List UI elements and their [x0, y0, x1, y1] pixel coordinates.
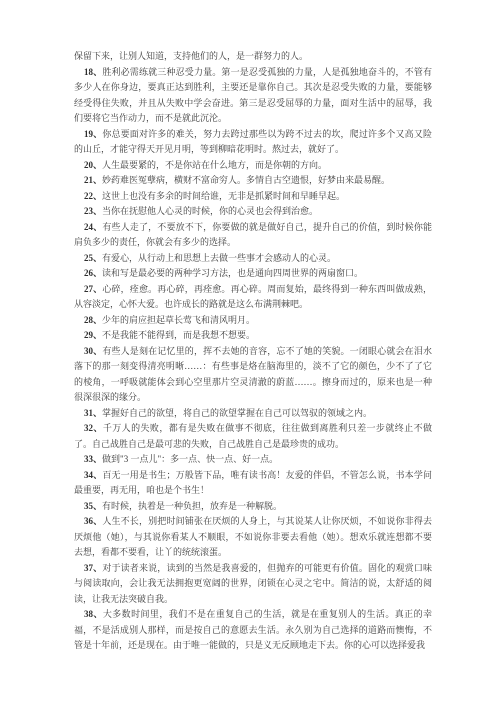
quote-number: 30、	[84, 346, 102, 356]
quote-paragraph: 29、不是我能不能得到，而是我想不想要。	[74, 328, 432, 344]
quote-paragraph: 21、妙药难医冤孽病，横财不富命穷人。多情自古空遗恨，好梦由来最易醒。	[74, 173, 432, 189]
quote-text: 当你在抚慰他人心灵的时候，你的心灵也会得到治愈。	[102, 206, 318, 216]
quote-paragraph: 34、百无一用是书生；万般皆下品，唯有读书高！友爱的伴侣，不管怎么说，书本学问最…	[74, 468, 432, 499]
quote-number: 18、	[84, 67, 102, 77]
quote-number: 20、	[84, 160, 102, 170]
quote-number: 33、	[84, 454, 102, 464]
quote-number: 28、	[84, 315, 102, 325]
quote-text: 保留下来，让别人知道，支持他们的人，是一群努力的人。	[74, 51, 308, 61]
quote-text: 心碎，痊愈。再心碎，再痊愈。再心碎。周而复始，最终得到一种东西叫做成熟，从容淡定…	[74, 284, 432, 310]
quote-number: 35、	[84, 501, 102, 511]
quote-number: 29、	[84, 330, 102, 340]
quote-list: 保留下来，让别人知道，支持他们的人，是一群努力的人。18、胜利必需练就三种忍受力…	[74, 49, 432, 654]
quote-text: 不是我能不能得到，而是我想不想要。	[102, 330, 255, 340]
quote-number: 24、	[84, 222, 102, 232]
quote-paragraph: 25、有爱心，从行动上和思想上去做一些事才会感动人的心灵。	[74, 251, 432, 267]
quote-paragraph: 22、这世上也没有多余的时间给谁，无非是抓紧时间和早睡早起。	[74, 189, 432, 205]
quote-paragraph: 26、读和写是最必要的两种学习方法，也是通向四周世界的两扇窗口。	[74, 266, 432, 282]
quote-paragraph: 33、做到"3 一点儿"：多一点、快一点、好一点。	[74, 452, 432, 468]
quote-number: 21、	[84, 175, 102, 185]
quote-text: 有时候，执着是一种负担，放弃是一种解脱。	[102, 501, 282, 511]
quote-text: 掌握好自己的欲望，将自己的欲望掌握在自己可以驾驭的领域之内。	[102, 408, 372, 418]
quote-paragraph: 37、对于读者来说，读到的当然是我喜爱的，但抛弃的可能更有价值。固化的观赏口味与…	[74, 561, 432, 608]
quote-text: 这世上也没有多余的时间给谁，无非是抓紧时间和早睡早起。	[102, 191, 345, 201]
quote-paragraph: 19、你总要面对许多的难关，努力去跨过那些以为跨不过去的坎，爬过许多个又高又险的…	[74, 127, 432, 158]
quote-number: 25、	[84, 253, 102, 263]
quote-paragraph: 18、胜利必需练就三种忍受力量。第一是忍受孤独的力量，人是孤独地奋斗的，不管有多…	[74, 65, 432, 127]
quote-text: 有爱心，从行动上和思想上去做一些事才会感动人的心灵。	[102, 253, 336, 263]
quote-text: 有些人是刻在记忆里的，挥不去她的音容，忘不了她的笑貌。一闭眼心就会在泪水落下的那…	[74, 346, 432, 403]
quote-paragraph: 30、有些人是刻在记忆里的，挥不去她的音容，忘不了她的笑貌。一闭眼心就会在泪水落…	[74, 344, 432, 406]
quote-text: 你总要面对许多的难关，努力去跨过那些以为跨不过去的坎，爬过许多个又高又险的山丘，…	[74, 129, 432, 155]
quote-paragraph: 32、千万人的失败，都有是失败在做事不彻底，往往做到离胜利只差一步就终止不做了。…	[74, 421, 432, 452]
document-page: 保留下来，让别人知道，支持他们的人，是一群努力的人。18、胜利必需练就三种忍受力…	[0, 0, 500, 707]
quote-number: 38、	[84, 609, 103, 619]
quote-text: 妙药难医冤孽病，横财不富命穷人。多情自古空遗恨，好梦由来最易醒。	[102, 175, 390, 185]
quote-paragraph: 38、大多数时间里，我们不是在重复自己的生活，就是在重复别人的生活。真正的幸福，…	[74, 607, 432, 654]
quote-text: 百无一用是书生；万般皆下品，唯有读书高！友爱的伴侣，不管怎么说，书本学问最重要，…	[74, 470, 432, 496]
quote-number: 32、	[84, 423, 103, 433]
quote-text: 有些人走了，不要放不下，你要做的就是做好自己，提升自己的价值，到时候你能肩负多少…	[74, 222, 432, 248]
quote-text: 胜利必需练就三种忍受力量。第一是忍受孤独的力量，人是孤独地奋斗的，不管有多少人在…	[74, 67, 432, 124]
quote-number: 31、	[84, 408, 102, 418]
quote-text: 人生不长，别把时间铺张在厌烦的人身上，与其说某人让你厌烦，不如说你非得去厌烦他（…	[74, 516, 432, 557]
quote-text: 做到"3 一点儿"：多一点、快一点、好一点。	[102, 454, 278, 464]
quote-number: 23、	[84, 206, 102, 216]
quote-paragraph: 31、掌握好自己的欲望，将自己的欲望掌握在自己可以驾驭的领域之内。	[74, 406, 432, 422]
quote-paragraph: 24、有些人走了，不要放不下，你要做的就是做好自己，提升自己的价值，到时候你能肩…	[74, 220, 432, 251]
quote-paragraph: 36、人生不长，别把时间铺张在厌烦的人身上，与其说某人让你厌烦，不如说你非得去厌…	[74, 514, 432, 561]
quote-text: 大多数时间里，我们不是在重复自己的生活，就是在重复别人的生活。真正的幸福，不是活…	[74, 609, 432, 650]
quote-paragraph: 23、当你在抚慰他人心灵的时候，你的心灵也会得到治愈。	[74, 204, 432, 220]
quote-number: 34、	[84, 470, 102, 480]
quote-number: 22、	[84, 191, 102, 201]
quote-paragraph: 35、有时候，执着是一种负担，放弃是一种解脱。	[74, 499, 432, 515]
quote-number: 36、	[84, 516, 102, 526]
quote-number: 37、	[84, 563, 102, 573]
quote-paragraph: 20、人生最要紧的，不是你站在什么地方，而是你朝的方向。	[74, 158, 432, 174]
quote-text: 读和写是最必要的两种学习方法，也是通向四周世界的两扇窗口。	[102, 268, 363, 278]
intro-continuation-paragraph: 保留下来，让别人知道，支持他们的人，是一群努力的人。	[74, 49, 432, 65]
quote-number: 19、	[84, 129, 102, 139]
quote-text: 千万人的失败，都有是失败在做事不彻底，往往做到离胜利只差一步就终止不做了。自己战…	[74, 423, 432, 449]
quote-text: 人生最要紧的，不是你站在什么地方，而是你朝的方向。	[102, 160, 327, 170]
quote-paragraph: 28、少年的肩应担起草长莺飞和清风明月。	[74, 313, 432, 329]
quote-number: 26、	[84, 268, 102, 278]
quote-paragraph: 27、心碎，痊愈。再心碎，再痊愈。再心碎。周而复始，最终得到一种东西叫做成熟，从…	[74, 282, 432, 313]
quote-text: 少年的肩应担起草长莺飞和清风明月。	[102, 315, 255, 325]
quote-text: 对于读者来说，读到的当然是我喜爱的，但抛弃的可能更有价值。固化的观赏口味与阅读取…	[74, 563, 432, 604]
quote-number: 27、	[84, 284, 102, 294]
